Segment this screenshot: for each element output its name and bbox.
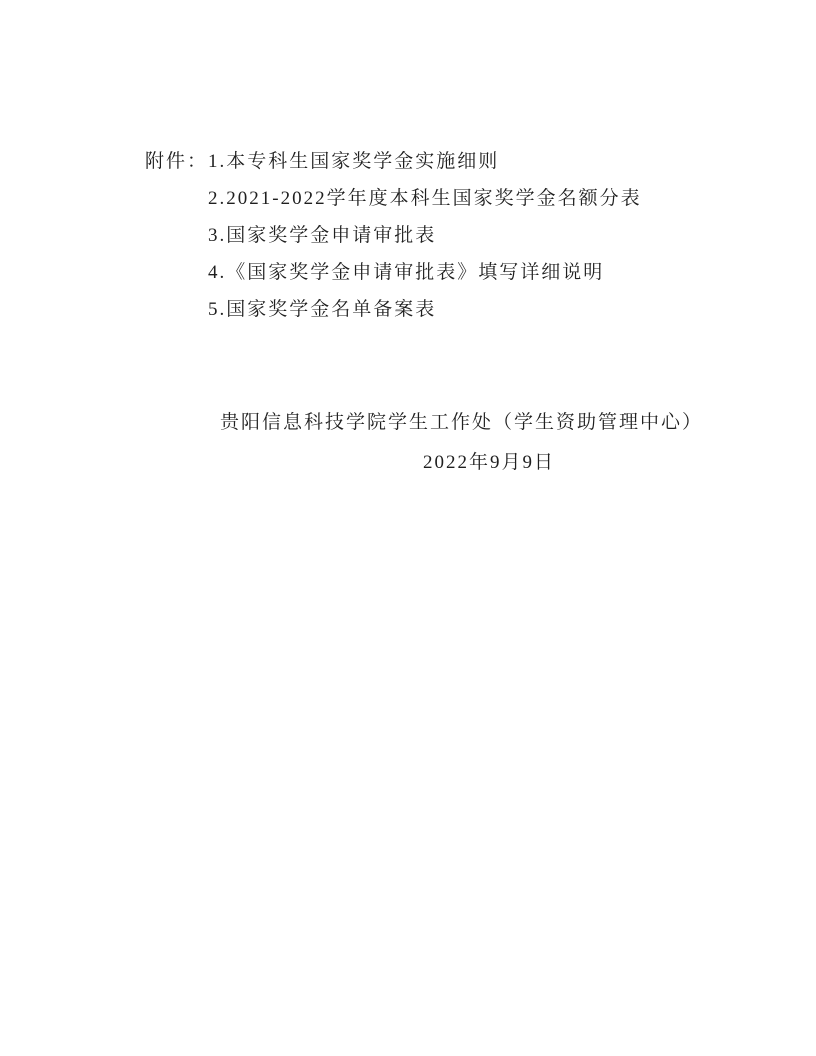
attachment-item-3: 3.国家奖学金申请审批表 (208, 225, 436, 246)
signature-issuer: 贵阳信息科技学院学生工作处（学生资助管理中心） (220, 404, 703, 441)
attachment-line-2: 2.2021-2022学年度本科生国家奖学金名额分表 (145, 180, 642, 217)
attachment-line-4: 4.《国家奖学金申请审批表》填写详细说明 (145, 254, 642, 291)
attachment-list: 附件：1.本专科生国家奖学金实施细则 2.2021-2022学年度本科生国家奖学… (145, 143, 642, 328)
attachment-line-1: 附件：1.本专科生国家奖学金实施细则 (145, 143, 642, 180)
attachment-line-3: 3.国家奖学金申请审批表 (145, 217, 642, 254)
document-page: 附件：1.本专科生国家奖学金实施细则 2.2021-2022学年度本科生国家奖学… (0, 0, 816, 1056)
attachment-item-5: 5.国家奖学金名单备案表 (208, 299, 436, 320)
attachment-line-5: 5.国家奖学金名单备案表 (145, 291, 642, 328)
attachment-label: 附件： (145, 143, 208, 180)
attachment-item-4: 4.《国家奖学金申请审批表》填写详细说明 (208, 262, 604, 283)
attachment-item-1: 1.本专科生国家奖学金实施细则 (208, 151, 499, 172)
signature-date: 2022年9月9日 (423, 444, 555, 481)
attachment-item-2: 2.2021-2022学年度本科生国家奖学金名额分表 (208, 188, 642, 209)
